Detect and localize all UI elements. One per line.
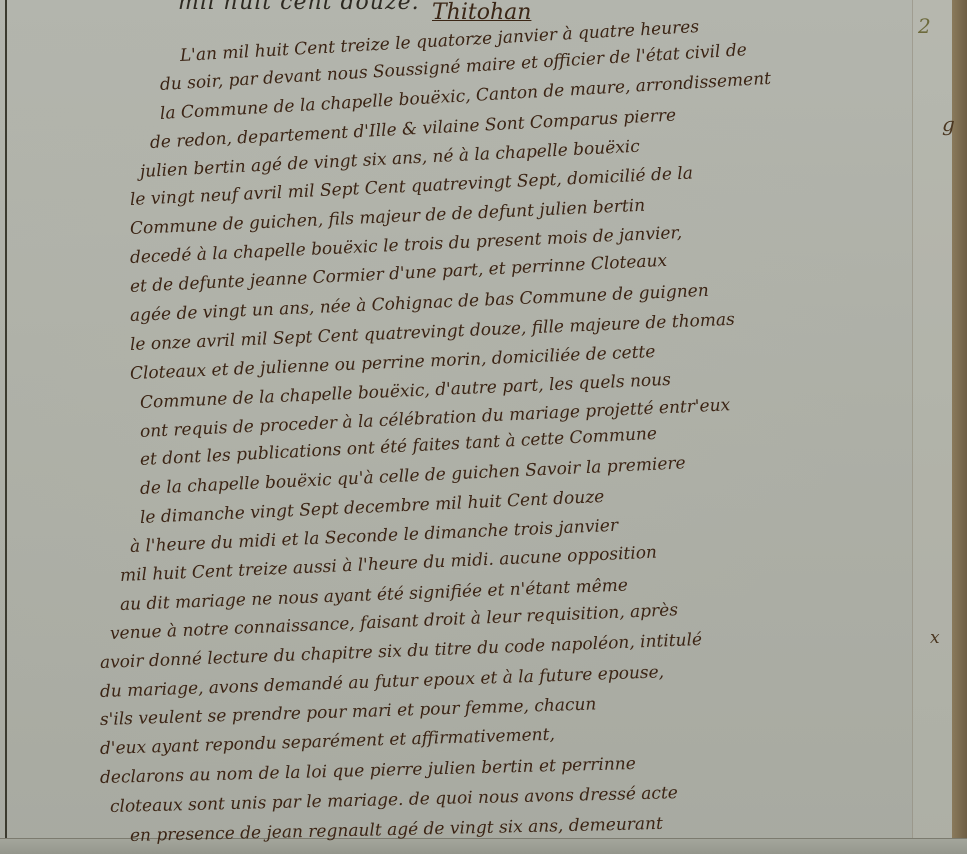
page-left-rule	[5, 0, 7, 854]
record-margin-name: Thitohan	[432, 0, 531, 25]
margin-note-insertion-mark: x	[930, 628, 940, 648]
text-line: d'eux ayant repondu separément et affirm…	[100, 725, 555, 759]
document-page: mil huit cent douze. Thitohan 2 g x L'an…	[0, 0, 967, 854]
margin-note-g: g	[942, 112, 955, 136]
text-line: declarons au nom de la loi que pierre ju…	[100, 754, 636, 788]
previous-record-ending: mil huit cent douze.	[178, 0, 420, 15]
margin-note-number: 2	[918, 14, 931, 38]
text-line: cloteaux sont unis par le mariage. de qu…	[110, 783, 678, 817]
